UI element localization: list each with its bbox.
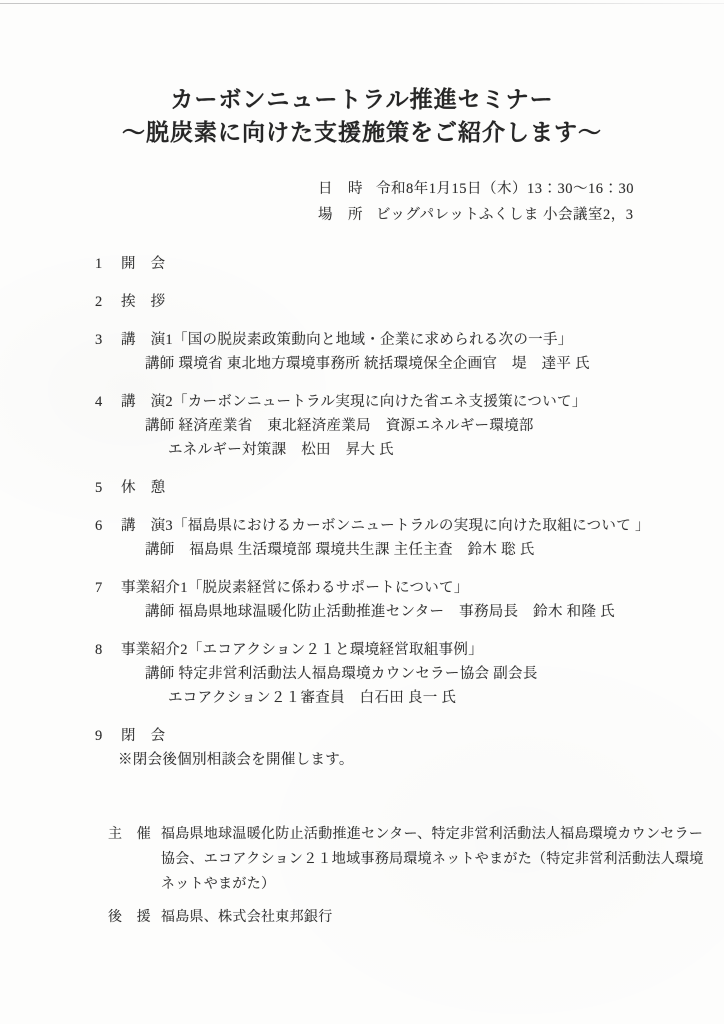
- agenda-list: 1開 会 2挨 拶 3講 演1「国の脱炭素政策動向と地域・企業に求められる次の一…: [95, 252, 724, 772]
- agenda-item-title: 閉 会: [121, 728, 165, 744]
- agenda-item-4: 4講 演2「カーボンニュートラル実現に向けた省エネ支援策について」 講師 経済産…: [95, 390, 724, 462]
- agenda-item-8-lecturer-line-2: エコアクション２１審査員 白石田 良一 氏: [95, 686, 724, 710]
- supporter-lines: 福島県、株式会社東邦銀行: [161, 905, 333, 930]
- agenda-item-1-title-line: 1開 会: [95, 252, 724, 276]
- organizer-line: 福島県地球温暖化防止活動推進センター、特定非営利活動法人福島環境カウンセラー: [161, 822, 704, 847]
- datetime-label: 日 時: [318, 181, 363, 197]
- agenda-item-title: 講 演3「福島県におけるカーボンニュートラルの実現に向けた取組について 」: [121, 518, 650, 534]
- supporter-line: 福島県、株式会社東邦銀行: [161, 905, 333, 930]
- venue-label: 場 所: [318, 207, 363, 223]
- agenda-item-title: 講 演1「国の脱炭素政策動向と地域・企業に求められる次の一手」: [121, 332, 573, 348]
- organizer-lines: 福島県地球温暖化防止活動推進センター、特定非営利活動法人福島環境カウンセラー 協…: [161, 822, 704, 897]
- agenda-item-number: 6: [95, 514, 121, 538]
- seminar-subtitle: ～脱炭素に向けた支援施策をご紹介します～: [0, 117, 724, 150]
- document-header: カーボンニュートラル推進セミナー ～脱炭素に向けた支援施策をご紹介します～: [0, 0, 724, 150]
- agenda-item-number: 7: [95, 576, 121, 600]
- venue-value: ビッグパレットふくしま 小会議室2，3: [376, 207, 633, 223]
- agenda-item-3-lecturer-line: 講師 環境省 東北地方環境事務所 統括環境保全企画官 堤 達平 氏: [95, 352, 724, 376]
- seminar-title: カーボンニュートラル推進セミナー: [0, 84, 724, 117]
- event-meta: 日 時令和8年1月15日（木）13：30～16：30 場 所ビッグパレットふくし…: [318, 176, 724, 228]
- agenda-item-number: 3: [95, 328, 121, 352]
- agenda-item-title: 開 会: [121, 256, 165, 272]
- agenda-item-number: 5: [95, 476, 121, 500]
- event-datetime-row: 日 時令和8年1月15日（木）13：30～16：30: [318, 176, 724, 202]
- agenda-item-8-title-line: 8事業紹介2「エコアクション２１と環境経営取組事例」: [95, 638, 724, 662]
- agenda-item-number: 9: [95, 724, 121, 748]
- agenda-item-number: 4: [95, 390, 121, 414]
- credits-section: 主 催 福島県地球温暖化防止活動推進センター、特定非営利活動法人福島環境カウンセ…: [108, 822, 724, 930]
- agenda-item-number: 1: [95, 252, 121, 276]
- supporter-row: 後 援 福島県、株式会社東邦銀行: [108, 905, 724, 930]
- agenda-item-title: 講 演2「カーボンニュートラル実現に向けた省エネ支援策について」: [121, 394, 587, 410]
- agenda-item-4-title-line: 4講 演2「カーボンニュートラル実現に向けた省エネ支援策について」: [95, 390, 724, 414]
- closing-note: ※閉会後個別相談会を開催します。: [95, 748, 724, 772]
- agenda-item-title: 休 憩: [121, 480, 165, 496]
- agenda-item-3: 3講 演1「国の脱炭素政策動向と地域・企業に求められる次の一手」 講師 環境省 …: [95, 328, 724, 376]
- agenda-item-4-lecturer-line: 講師 経済産業省 東北経済産業局 資源エネルギー環境部: [95, 414, 724, 438]
- agenda-item-2: 2挨 拶: [95, 290, 724, 314]
- scanned-document-page: カーボンニュートラル推進セミナー ～脱炭素に向けた支援施策をご紹介します～ 日 …: [0, 0, 724, 1024]
- supporter-label: 後 援: [108, 905, 151, 930]
- agenda-item-1: 1開 会: [95, 252, 724, 276]
- agenda-item-7-lecturer-line: 講師 福島県地球温暖化防止活動推進センター 事務局長 鈴木 和隆 氏: [95, 600, 724, 624]
- agenda-item-7: 7事業紹介1「脱炭素経営に係わるサポートについて」 講師 福島県地球温暖化防止活…: [95, 576, 724, 624]
- agenda-item-title: 挨 拶: [121, 294, 165, 310]
- agenda-item-2-title-line: 2挨 拶: [95, 290, 724, 314]
- agenda-item-9-title-line: 9閉 会: [95, 724, 724, 748]
- agenda-item-4-lecturer-line-2: エネルギー対策課 松田 昇大 氏: [95, 438, 724, 462]
- agenda-item-7-title-line: 7事業紹介1「脱炭素経営に係わるサポートについて」: [95, 576, 724, 600]
- organizer-row: 主 催 福島県地球温暖化防止活動推進センター、特定非営利活動法人福島環境カウンセ…: [108, 822, 724, 897]
- agenda-item-number: 2: [95, 290, 121, 314]
- organizer-line: ネットやまがた）: [161, 872, 704, 897]
- agenda-item-6: 6講 演3「福島県におけるカーボンニュートラルの実現に向けた取組について 」 講…: [95, 514, 724, 562]
- scan-artifact-line: [0, 3, 724, 4]
- agenda-item-8-lecturer-line: 講師 特定非営利活動法人福島環境カウンセラー協会 副会長: [95, 662, 724, 686]
- agenda-item-6-lecturer-line: 講師 福島県 生活環境部 環境共生課 主任主査 鈴木 聡 氏: [95, 538, 724, 562]
- agenda-item-number: 8: [95, 638, 121, 662]
- agenda-item-title: 事業紹介2「エコアクション２１と環境経営取組事例」: [121, 642, 483, 658]
- organizer-label: 主 催: [108, 822, 151, 847]
- agenda-item-5: 5休 憩: [95, 476, 724, 500]
- agenda-item-9: 9閉 会 ※閉会後個別相談会を開催します。: [95, 724, 724, 772]
- datetime-value: 令和8年1月15日（木）13：30～16：30: [376, 181, 634, 197]
- agenda-item-title: 事業紹介1「脱炭素経営に係わるサポートについて」: [121, 580, 469, 596]
- event-venue-row: 場 所ビッグパレットふくしま 小会議室2，3: [318, 202, 724, 228]
- agenda-item-5-title-line: 5休 憩: [95, 476, 724, 500]
- organizer-line: 協会、エコアクション２１地域事務局環境ネットやまがた（特定非営利活動法人環境: [161, 847, 704, 872]
- agenda-item-6-title-line: 6講 演3「福島県におけるカーボンニュートラルの実現に向けた取組について 」: [95, 514, 724, 538]
- agenda-item-8: 8事業紹介2「エコアクション２１と環境経営取組事例」 講師 特定非営利活動法人福…: [95, 638, 724, 710]
- agenda-item-3-title-line: 3講 演1「国の脱炭素政策動向と地域・企業に求められる次の一手」: [95, 328, 724, 352]
